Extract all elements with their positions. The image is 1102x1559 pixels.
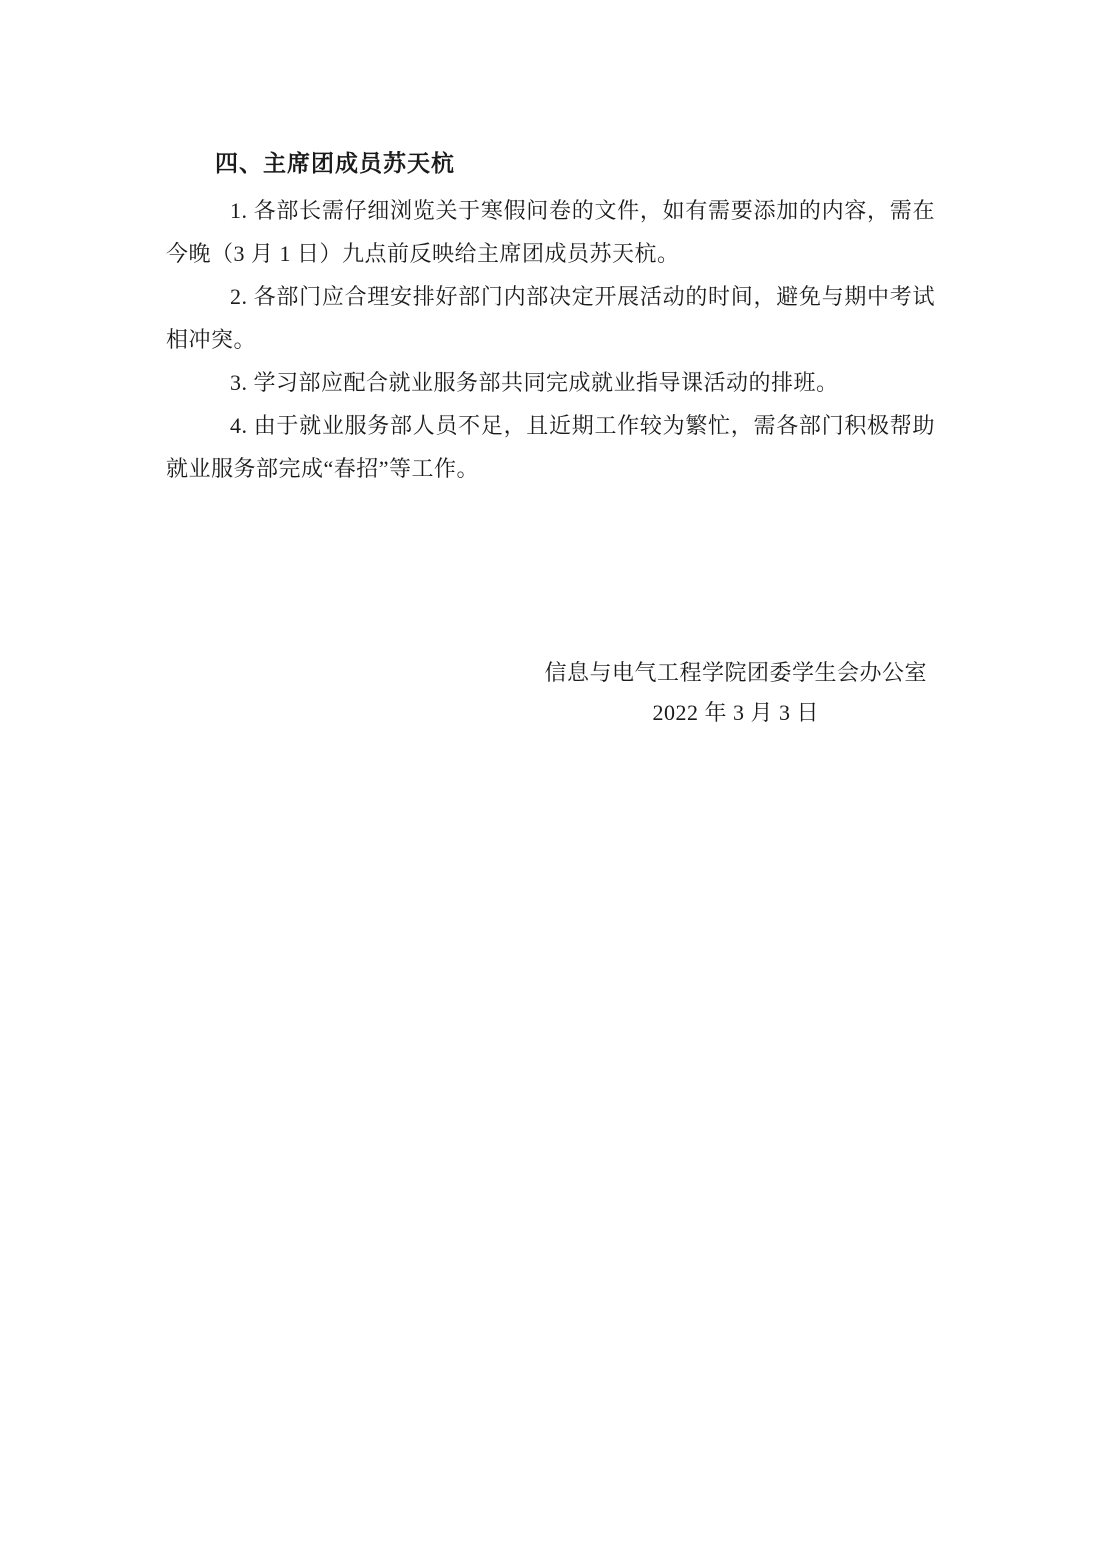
signature-block: 信息与电气工程学院团委学生会办公室 2022 年 3 月 3 日 [544, 653, 927, 733]
signature-org: 信息与电气工程学院团委学生会办公室 [544, 653, 927, 693]
document-content: 四、主席团成员苏天杭 1. 各部长需仔细浏览关于寒假问卷的文件，如有需要添加的内… [166, 141, 935, 733]
paragraph-item-2: 2. 各部门应合理安排好部门内部决定开展活动的时间，避免与期中考试相冲突。 [166, 275, 935, 361]
signature-date: 2022 年 3 月 3 日 [544, 693, 927, 733]
section-heading: 四、主席团成员苏天杭 [166, 141, 935, 186]
paragraph-item-3: 3. 学习部应配合就业服务部共同完成就业指导课活动的排班。 [166, 361, 935, 404]
document-page: 四、主席团成员苏天杭 1. 各部长需仔细浏览关于寒假问卷的文件，如有需要添加的内… [0, 0, 1102, 1559]
paragraph-item-1: 1. 各部长需仔细浏览关于寒假问卷的文件，如有需要添加的内容，需在今晚（3 月 … [166, 189, 935, 275]
paragraph-item-4: 4. 由于就业服务部人员不足，且近期工作较为繁忙，需各部门积极帮助就业服务部完成… [166, 404, 935, 490]
